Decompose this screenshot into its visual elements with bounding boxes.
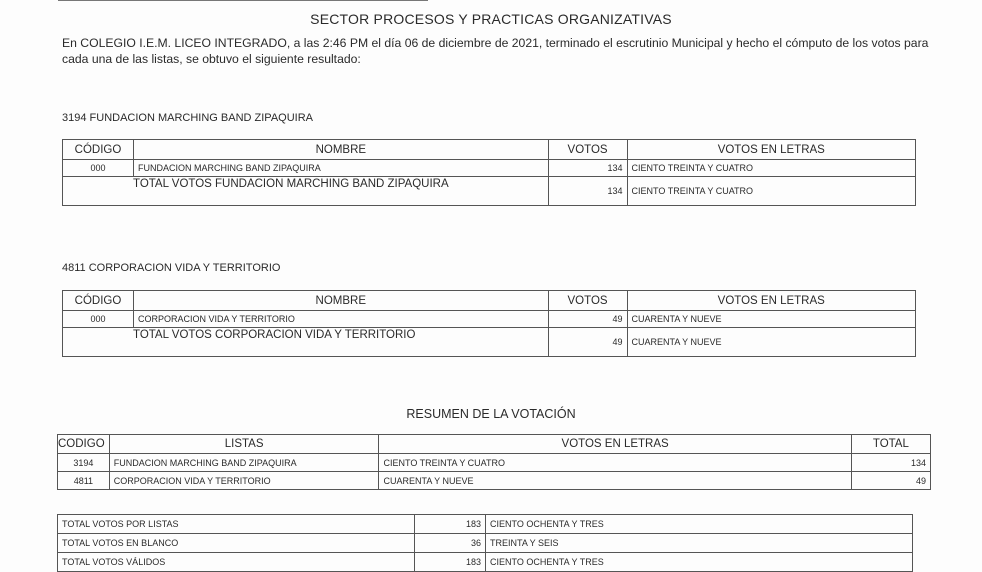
summary-total: 49	[851, 472, 930, 490]
total-row: TOTAL VOTOS FUNDACION MARCHING BAND ZIPA…	[63, 177, 916, 206]
table-row: TOTAL VOTOS EN BLANCO 36 TREINTA Y SEIS	[58, 534, 913, 553]
summary-total: 134	[851, 454, 930, 472]
cell-votes: 134	[548, 160, 627, 177]
cell-letters: CIENTO TREINTA Y CUATRO	[627, 160, 915, 177]
totals-votes: 36	[415, 534, 486, 553]
totals-letters: CIENTO OCHENTA Y TRES	[486, 553, 913, 572]
total-row: TOTAL VOTOS CORPORACION VIDA Y TERRITORI…	[63, 328, 916, 357]
cell-name: CORPORACION VIDA Y TERRITORIO	[133, 311, 548, 328]
summary-code: 4811	[58, 472, 110, 490]
cell-name: FUNDACION MARCHING BAND ZIPAQUIRA	[133, 160, 548, 177]
header-letters: VOTOS EN LETRAS	[627, 291, 916, 311]
totals-label: TOTAL VOTOS EN BLANCO	[58, 534, 415, 553]
header-letters: VOTOS EN LETRAS	[627, 140, 915, 160]
summary-title: RESUMEN DE LA VOTACIÓN	[0, 407, 982, 421]
summary-letters: CUARENTA Y NUEVE	[379, 472, 851, 490]
cell-code: 000	[63, 311, 134, 328]
totals-letters: CIENTO OCHENTA Y TRES	[486, 515, 913, 534]
table-row: 3194 FUNDACION MARCHING BAND ZIPAQUIRA C…	[58, 454, 931, 472]
summary-header-letters: VOTOS EN LETRAS	[379, 435, 851, 454]
header-votes: VOTOS	[548, 140, 627, 160]
summary-letters: CIENTO TREINTA Y CUATRO	[379, 454, 851, 472]
totals-label: TOTAL VOTOS VÁLIDOS	[58, 553, 415, 572]
list-detail-table: CÓDIGO NOMBRE VOTOS VOTOS EN LETRAS 000 …	[62, 290, 916, 357]
summary-header-lists: LISTAS	[109, 435, 379, 454]
cell-letters: CUARENTA Y NUEVE	[627, 311, 916, 328]
header-name: NOMBRE	[133, 291, 548, 311]
totals-votes: 183	[415, 553, 486, 572]
total-label: TOTAL VOTOS CORPORACION VIDA Y TERRITORI…	[63, 328, 549, 357]
total-letters: CUARENTA Y NUEVE	[627, 328, 916, 357]
totals-table: TOTAL VOTOS POR LISTAS 183 CIENTO OCHENT…	[57, 514, 913, 572]
list-title: 4811 CORPORACION VIDA Y TERRITORIO	[62, 262, 280, 274]
table-row: 000 CORPORACION VIDA Y TERRITORIO 49 CUA…	[63, 311, 916, 328]
summary-list: CORPORACION VIDA Y TERRITORIO	[109, 472, 379, 490]
cell-votes: 49	[548, 311, 627, 328]
total-votes: 49	[548, 328, 627, 357]
list-title: 3194 FUNDACION MARCHING BAND ZIPAQUIRA	[62, 112, 313, 124]
table-row: TOTAL VOTOS VÁLIDOS 183 CIENTO OCHENTA Y…	[58, 553, 913, 572]
table-row: TOTAL VOTOS POR LISTAS 183 CIENTO OCHENT…	[58, 515, 913, 534]
header-code: CÓDIGO	[63, 291, 134, 311]
summary-table: CODIGO LISTAS VOTOS EN LETRAS TOTAL 3194…	[57, 434, 931, 490]
totals-letters: TREINTA Y SEIS	[486, 534, 913, 553]
summary-header-code: CODIGO	[58, 435, 110, 454]
header-votes: VOTOS	[548, 291, 627, 311]
totals-votes: 183	[415, 515, 486, 534]
total-label: TOTAL VOTOS FUNDACION MARCHING BAND ZIPA…	[63, 177, 549, 206]
table-row: 4811 CORPORACION VIDA Y TERRITORIO CUARE…	[58, 472, 931, 490]
header-name: NOMBRE	[133, 140, 548, 160]
table-row: 000 FUNDACION MARCHING BAND ZIPAQUIRA 13…	[63, 160, 916, 177]
total-votes: 134	[548, 177, 627, 206]
summary-list: FUNDACION MARCHING BAND ZIPAQUIRA	[109, 454, 379, 472]
totals-label: TOTAL VOTOS POR LISTAS	[58, 515, 415, 534]
summary-header-total: TOTAL	[851, 435, 930, 454]
sector-title: SECTOR PROCESOS Y PRACTICAS ORGANIZATIVA…	[0, 11, 982, 27]
header-code: CÓDIGO	[63, 140, 134, 160]
list-detail-table: CÓDIGO NOMBRE VOTOS VOTOS EN LETRAS 000 …	[62, 139, 916, 206]
intro-paragraph: En COLEGIO I.E.M. LICEO INTEGRADO, a las…	[62, 35, 932, 67]
top-divider	[58, 0, 428, 1]
summary-code: 3194	[58, 454, 110, 472]
total-letters: CIENTO TREINTA Y CUATRO	[627, 177, 915, 206]
cell-code: 000	[63, 160, 134, 177]
